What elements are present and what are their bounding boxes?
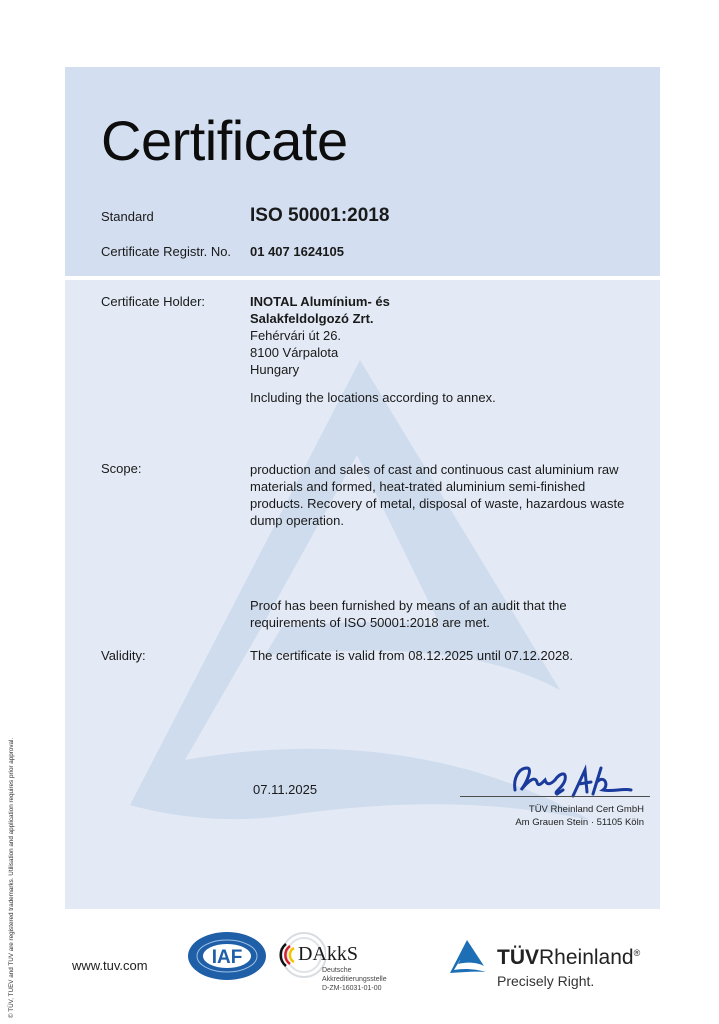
scope-line: production and sales of cast and continu… [250, 461, 624, 478]
dakks-line1: Deutsche [322, 966, 352, 975]
regno-value: 01 407 1624105 [250, 243, 344, 260]
dakks-accreditation-number: D-ZM-16031-01-00 [322, 984, 382, 993]
iaf-logo: IAF [187, 931, 267, 981]
issue-date: 07.11.2025 [253, 781, 317, 798]
annex-note: Including the locations according to ann… [250, 389, 496, 406]
scope-text: production and sales of cast and continu… [250, 461, 624, 529]
tuv-rest: Rheinland [539, 946, 634, 969]
tuv-bold: TÜV [497, 946, 539, 969]
registered-mark: ® [634, 948, 641, 958]
issuer-name: TÜV Rheinland Cert GmbH [529, 804, 644, 815]
tuv-rheinland-wordmark: TÜVRheinland® [497, 946, 640, 970]
proof-line: requirements of ISO 50001:2018 are met. [250, 614, 567, 631]
standard-value: ISO 50001:2018 [250, 207, 389, 224]
dakks-line2: Akkreditierungsstelle [322, 975, 387, 984]
standard-label: Standard [101, 209, 154, 224]
validity-text: The certificate is valid from 08.12.2025… [250, 647, 573, 664]
svg-text:IAF: IAF [212, 947, 243, 968]
holder-address-line2: 8100 Várpalota [250, 344, 390, 361]
certificate-title: Certificate [101, 108, 348, 173]
iaf-emblem-icon: IAF [187, 931, 267, 981]
signature-line [460, 796, 650, 797]
validity-label: Validity: [101, 648, 146, 663]
scope-line: materials and formed, heat-trated alumin… [250, 478, 624, 495]
trademark-notice: © TÜV, TUEV and TUV are registered trade… [8, 738, 15, 1018]
holder-label: Certificate Holder: [101, 294, 205, 309]
holder-name-line2: Salakfeldolgozó Zrt. [250, 310, 390, 327]
tuv-tagline: Precisely Right. [497, 973, 594, 989]
holder-country: Hungary [250, 361, 390, 378]
holder-name-line1: INOTAL Alumínium- és [250, 293, 390, 310]
holder-address-line1: Fehérvári út 26. [250, 327, 390, 344]
scope-label: Scope: [101, 461, 141, 476]
proof-line: Proof has been furnished by means of an … [250, 597, 567, 614]
tuv-triangle-logo-icon [446, 938, 488, 974]
issuer-address: Am Grauen Stein · 51105 Köln [515, 817, 644, 828]
proof-statement: Proof has been furnished by means of an … [250, 597, 567, 631]
website-link[interactable]: www.tuv.com [72, 958, 148, 973]
dakks-name: DAkkS [298, 943, 358, 966]
scope-line: dump operation. [250, 512, 624, 529]
scope-line: products. Recovery of metal, disposal of… [250, 495, 624, 512]
holder-block: INOTAL Alumínium- és Salakfeldolgozó Zrt… [250, 293, 390, 378]
regno-label: Certificate Registr. No. [101, 244, 231, 259]
